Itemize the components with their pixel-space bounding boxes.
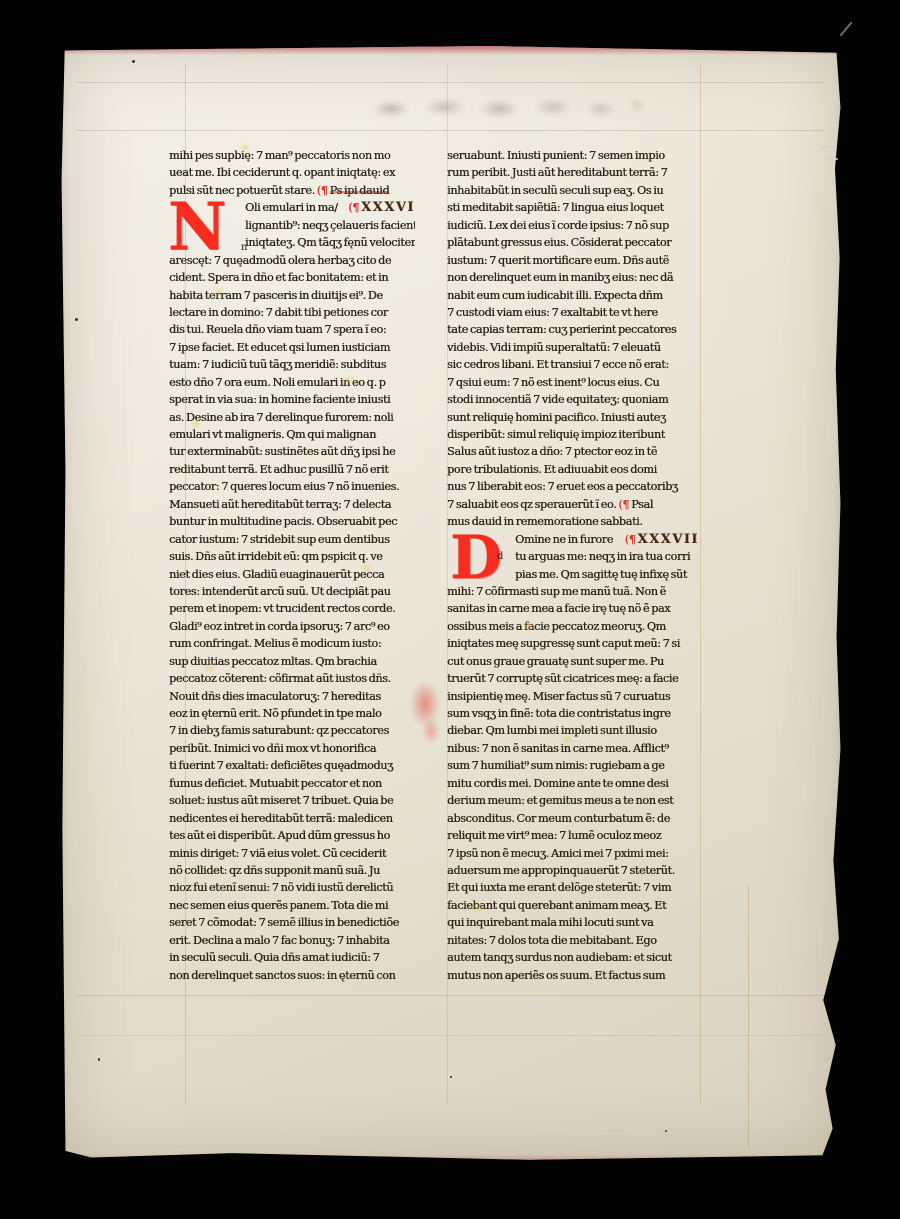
line-text: sup diuitias peccatoz mltas. Qm brachia: [169, 653, 377, 670]
line-text: derium meum: et gemitus meus a te non es…: [447, 792, 673, 809]
manuscript-leaf: mihi pes supbię: 7 man⁹ peccatoris non m…: [60, 46, 842, 1162]
text-line: sum vsqʒ in finẽ: tota die contristatus …: [447, 705, 699, 722]
text-line: truerũt 7 corruptę sũt cicatrices meę: a…: [447, 670, 699, 687]
line-text: tur exterminabũt: sustinẽtes aũt dñʒ ips…: [169, 443, 395, 460]
text-line: eoz in ęternũ erit. Nõ pfundet in tpe ma…: [169, 705, 415, 722]
psalm-rubric: Ps ipi dauid: [330, 182, 390, 199]
line-text: ueat me. Ibi ceciderunt q. opant iniqtat…: [169, 164, 395, 181]
line-text: perem et inopem: vt trucident rectos cor…: [169, 600, 395, 617]
line-text: qui inquirebant mala mihi locuti sunt va: [447, 914, 653, 931]
line-text: iniqtateʒ. Qm tãqʒ fęnũ velociter: [245, 234, 415, 251]
line-text: 7 ipsũ non ẽ mecuʒ. Amici mei 7 pximi me…: [447, 845, 669, 862]
text-line: peccator: 7 queres locum eius 7 nõ inuen…: [169, 478, 415, 495]
line-text: iudiciũ. Lex dei eius ĩ corde ipsius: 7 …: [447, 217, 669, 234]
line-text: mihi pes supbię: 7 man⁹ peccatoris non m…: [169, 147, 390, 164]
line-text: nioz fui etenĩ senui: 7 nõ vidi iustũ de…: [169, 879, 393, 896]
text-line: sum 7 humiliat⁹ sum nimis: rugiebam a ge: [447, 757, 699, 774]
text-line: perem et inopem: vt trucident rectos cor…: [169, 600, 415, 617]
yellow-wash-stain: [522, 620, 536, 632]
red-edge-stain-top: [60, 46, 842, 55]
line-text: fumus deficiet. Mutuabit peccator et non: [169, 775, 382, 792]
text-line: reliquit me virt⁹ mea: 7 lumẽ oculoz meo…: [447, 827, 699, 844]
text-line: nõ collidet: qz dñs supponit manũ suã. J…: [169, 862, 415, 879]
line-text: truerũt 7 corruptę sũt cicatrices meę: a…: [447, 670, 678, 687]
line-text: nedicentes ei hereditabũt terrã: maledic…: [169, 810, 393, 827]
text-line: mihi pes supbię: 7 man⁹ peccatoris non m…: [169, 147, 415, 164]
line-text: nibus: 7 non ẽ sanitas in carne mea. Aff…: [447, 740, 669, 757]
line-text: inhabitabũt in seculũ seculi sup eaʒ. Os…: [447, 182, 663, 199]
text-line: soluet: iustus aũt miseret 7 tribuet. Qu…: [169, 792, 415, 809]
text-line: videbis. Vidi impiũ superaltatũ: 7 eleua…: [447, 339, 699, 356]
line-text: as. Desine ab ira 7 derelinque furorem: …: [169, 409, 393, 426]
text-line: seret 7 cõmodat: 7 semẽ illius in benedi…: [169, 914, 415, 931]
text-line: Nouit dñs dies imaculatoruʒ: 7 hereditas: [169, 688, 415, 705]
line-text: dis tui. Reuela dño viam tuam 7 spera ĩ …: [169, 321, 386, 338]
lombard-initial-D: D: [450, 528, 502, 588]
yellow-wash-stain: [560, 734, 574, 746]
text-line: disperibũt: simul reliquię impioz iterib…: [447, 426, 699, 443]
text-line: emulari vt maligneris. Qm qui malignan: [169, 426, 415, 443]
text-line: tur exterminabũt: sustinẽtes aũt dñʒ ips…: [169, 443, 415, 460]
dirt-speck: [665, 1130, 667, 1132]
text-line: minis diriget: 7 viã eius volet. Cũ ceci…: [169, 845, 415, 862]
text-line: nedicentes ei hereditabũt terrã: maledic…: [169, 810, 415, 827]
line-text: nitates: 7 dolos tota die mebitabant. Eg…: [447, 932, 656, 949]
text-line: esto dño 7 ora eum. Noli emulari in eo q…: [169, 374, 415, 391]
line-text: insipientię meę. Miser factus sũ 7 curua…: [447, 688, 670, 705]
text-line: absconditus. Cor meum conturbatum ẽ: de: [447, 810, 699, 827]
line-text: reditabunt terrã. Et adhuc pusillũ 7 nõ …: [169, 461, 388, 478]
text-line: nabit eum cum iudicabit illi. Expecta dñ…: [447, 287, 699, 304]
text-line: sti meditabit sapiẽtiã: 7 lingua eius lo…: [447, 199, 699, 216]
line-text: non derelinquet sanctos suos: in ęternũ …: [169, 967, 395, 984]
text-line: erit. Declina a malo 7 fac bonuʒ: 7 inha…: [169, 932, 415, 949]
rubric-pilcrow: (¶: [315, 182, 330, 199]
line-text: cident. Spera in dño et fac bonitatem: e…: [169, 269, 388, 286]
text-line: cut onus graue grauatę sunt super me. Pu: [447, 653, 699, 670]
text-line: cident. Spera in dño et fac bonitatem: e…: [169, 269, 415, 286]
text-line: tuam: 7 iudiciũ tuũ tãqʒ meridiẽ: subdit…: [169, 356, 415, 373]
line-text: Nouit dñs dies imaculatoruʒ: 7 hereditas: [169, 688, 381, 705]
line-text: 7 ipse faciet. Et educet qsi lumen iusti…: [169, 339, 390, 356]
text-column-left: mihi pes supbię: 7 man⁹ peccatoris non m…: [169, 147, 415, 984]
text-line: ueat me. Ibi ceciderunt q. opant iniqtat…: [169, 164, 415, 181]
line-text: Psal: [631, 496, 653, 513]
text-line: suis. Dñs aũt irridebit eũ: qm pspicit q…: [169, 548, 415, 565]
yellow-wash-stain: [360, 562, 374, 574]
text-line: nitates: 7 dolos tota die mebitabant. Eg…: [447, 932, 699, 949]
line-text: tu arguas me: neqʒ in ira tua corri: [515, 548, 690, 565]
text-line: seruabunt. Iniusti punient: 7 semen impi…: [447, 147, 699, 164]
text-line: sanitas in carne mea a facie irę tuę nõ …: [447, 600, 699, 617]
text-line: iustum: 7 querit mortificare eum. Dñs au…: [447, 252, 699, 269]
text-line: derium meum: et gemitus meus a te non es…: [447, 792, 699, 809]
text-line: qui inquirebant mala mihi locuti sunt va: [447, 914, 699, 931]
line-text: 7 saluabit eos qz sperauerũt ĩ eo.: [447, 496, 616, 513]
text-line: sunt reliquię homini pacifico. Iniusti a…: [447, 409, 699, 426]
yellow-wash-stain: [190, 418, 202, 430]
text-line: niet dies eius. Gladiũ euaginauerũt pecc…: [169, 566, 415, 583]
text-line: in seculũ seculi. Quia dñs amat iudiciũ:…: [169, 949, 415, 966]
line-text: minis diriget: 7 viã eius volet. Cũ ceci…: [169, 845, 386, 862]
line-text: rum confringat. Melius ẽ modicum iusto:: [169, 635, 381, 652]
line-text: sic cedros libani. Et transiui 7 ecce nõ…: [447, 356, 669, 373]
yellow-wash-stain: [203, 662, 216, 674]
text-line: nec semen eius querẽs panem. Tota die mi: [169, 897, 415, 914]
text-line: 7 qsiui eum: 7 nõ est inent⁹ locus eius.…: [447, 374, 699, 391]
line-text: absconditus. Cor meum conturbatum ẽ: de: [447, 810, 670, 827]
line-text: tate capias terram: cuʒ perierint peccat…: [447, 321, 676, 338]
text-line: tate capias terram: cuʒ perierint peccat…: [447, 321, 699, 338]
line-text: Oli emulari in ma/: [245, 199, 338, 216]
text-line: dis tui. Reuela dño viam tuam 7 spera ĩ …: [169, 321, 415, 338]
line-text: habita terram 7 pasceris in diuitijs ei⁹…: [169, 287, 383, 304]
line-text: 7 custodi viam eius: 7 exaltabit te vt h…: [447, 304, 658, 321]
line-text: sanitas in carne mea a facie irę tuę nõ …: [447, 600, 670, 617]
yellow-wash-stain: [472, 902, 485, 914]
line-text: aduersum me appropinquauerũt 7 steterũt.: [447, 862, 675, 879]
line-text: lectare in domino: 7 dabit tibi petiones…: [169, 304, 388, 321]
line-text: peribũt. Inimici vo dñi mox vt honorific…: [169, 740, 376, 757]
text-line: ti fuerint 7 exaltati: deficiẽtes quęadm…: [169, 757, 415, 774]
vertical-crease: [748, 886, 749, 1146]
text-line: cator iustum: 7 stridebit sup eum dentib…: [169, 531, 415, 548]
line-text: Gladi⁹ eoz intret in corda ipsoruʒ: 7 ar…: [169, 618, 390, 635]
text-line: Mansueti aũt hereditabũt terraʒ: 7 delec…: [169, 496, 415, 513]
text-line: tores: intenderũt arcũ suũ. Ut decipiãt …: [169, 583, 415, 600]
line-text: mitu cordis mei. Domine ante te omne des…: [447, 775, 668, 792]
ruling-line-vertical: [700, 64, 701, 1104]
line-text: sperat in via sua: in homine faciente in…: [169, 391, 390, 408]
red-edge-stain-bottom: [60, 1155, 842, 1162]
line-text: sti meditabit sapiẽtiã: 7 lingua eius lo…: [447, 199, 664, 216]
text-line: autem tanqʒ surdus non audiebam: et sicu…: [447, 949, 699, 966]
text-line: mitu cordis mei. Domine ante te omne des…: [447, 775, 699, 792]
line-text: mutus non aperiẽs os suum. Et factus sum: [447, 967, 665, 984]
yellow-wash-stain: [238, 142, 252, 154]
ruling-line-horizontal: [76, 995, 824, 996]
lombard-initial-N: N: [168, 195, 227, 260]
line-text: soluet: iustus aũt miseret 7 tribuet. Qu…: [169, 792, 393, 809]
line-text: peccator: 7 queres locum eius 7 nõ inuen…: [169, 478, 399, 495]
line-text: reliquit me virt⁹ mea: 7 lumẽ oculoz meo…: [447, 827, 661, 844]
red-offset-smudge: [422, 718, 440, 744]
text-line: habita terram 7 pasceris in diuitijs ei⁹…: [169, 287, 415, 304]
text-line: sperat in via sua: in homine faciente in…: [169, 391, 415, 408]
line-text: cator iustum: 7 stridebit sup eum dentib…: [169, 531, 390, 548]
text-line: as. Desine ab ira 7 derelinque furorem: …: [169, 409, 415, 426]
line-text: iniqtates meę supgressę sunt caput meũ: …: [447, 635, 680, 652]
line-text: 7 qsiui eum: 7 nõ est inent⁹ locus eius.…: [447, 374, 659, 391]
text-line: Salus aũt iustoz a dño: 7 ptector eoz in…: [447, 443, 699, 460]
line-text: emulari vt maligneris. Qm qui malignan: [169, 426, 376, 443]
line-text: cut onus graue grauatę sunt super me. Pu: [447, 653, 664, 670]
scratch-mark: [820, 146, 836, 148]
text-line: fumus deficiet. Mutuabit peccator et non: [169, 775, 415, 792]
text-line: 7 ipse faciet. Et educet qsi lumen iusti…: [169, 339, 415, 356]
text-line: Gladi⁹ eoz intret in corda ipsoruʒ: 7 ar…: [169, 618, 415, 635]
line-text: suis. Dñs aũt irridebit eũ: qm pspicit q…: [169, 548, 382, 565]
line-text: tuam: 7 iudiciũ tuũ tãqʒ meridiẽ: subdit…: [169, 356, 386, 373]
line-text: diebar. Qm lumbi mei impleti sunt illusi…: [447, 722, 657, 739]
line-text: autem tanqʒ surdus non audiebam: et sicu…: [447, 949, 672, 966]
line-text: ti fuerint 7 exaltati: deficiẽtes quęadm…: [169, 757, 393, 774]
text-line: sic cedros libani. Et transiui 7 ecce nõ…: [447, 356, 699, 373]
rubric-pilcrow: (¶: [623, 531, 638, 548]
scratch-mark: [826, 158, 838, 160]
line-text: eoz in ęternũ erit. Nõ pfundet in tpe ma…: [169, 705, 381, 722]
line-text: nabit eum cum iudicabit illi. Expecta dñ…: [447, 287, 663, 304]
text-line: inhabitabũt in seculũ seculi sup eaʒ. Os…: [447, 182, 699, 199]
text-line: stodi innocentiã 7 vide equitateʒ: quoni…: [447, 391, 699, 408]
text-line: nus 7 liberabit eos: 7 eruet eos a pecca…: [447, 478, 699, 495]
text-line: nioz fui etenĩ senui: 7 nõ vidi iustũ de…: [169, 879, 415, 896]
line-text: sunt reliquię homini pacifico. Iniusti a…: [447, 409, 666, 426]
line-text: plãtabunt gressus eius. Cõsiderat peccat…: [447, 234, 671, 251]
line-text: tores: intenderũt arcũ suũ. Ut decipiãt …: [169, 583, 390, 600]
line-text: pias me. Qm sagittę tuę infixę sũt: [515, 566, 687, 583]
text-line: non derelinquet eum in manibʒ eius: nec …: [447, 269, 699, 286]
ruling-line-horizontal: [76, 82, 824, 83]
text-line: ossibus meis a facie peccatoz meoruʒ. Qm: [447, 618, 699, 635]
text-line: 7 custodi viam eius: 7 exaltabit te vt h…: [447, 304, 699, 321]
line-text: lignantib⁹: neqʒ çelaueris facientes: [245, 217, 415, 234]
rubric-pilcrow: (¶: [616, 496, 631, 513]
ruling-line-horizontal: [76, 1035, 824, 1036]
line-text: 7 in diebʒ famis saturabunt: qz peccator…: [169, 722, 389, 739]
scratch-mark: [839, 21, 852, 36]
dirt-speck: [98, 1058, 100, 1061]
text-line: mutus non aperiẽs os suum. Et factus sum: [447, 967, 699, 984]
line-text: peccatoz cõterent: cõfirmat aũt iustos d…: [169, 670, 391, 687]
dirt-speck: [450, 1076, 452, 1078]
text-line: iudiciũ. Lex dei eius ĩ corde ipsius: 7 …: [447, 217, 699, 234]
line-text: erit. Declina a malo 7 fac bonuʒ: 7 inha…: [169, 932, 389, 949]
text-line: lectare in domino: 7 dabit tibi petiones…: [169, 304, 415, 321]
text-line: tes aũt ei disperibũt. Apud dũm gressus …: [169, 827, 415, 844]
line-text: seruabunt. Iniusti punient: 7 semen impi…: [447, 147, 665, 164]
line-text: Salus aũt iustoz a dño: 7 ptector eoz in…: [447, 443, 657, 460]
text-line: non derelinquet sanctos suos: in ęternũ …: [169, 967, 415, 984]
dirt-speck: [132, 60, 135, 63]
yellow-wash-stain: [342, 374, 356, 386]
text-line: Et qui iuxta me erant delõge steterũt: 7…: [447, 879, 699, 896]
line-text: tes aũt ei disperibũt. Apud dũm gressus …: [169, 827, 390, 844]
line-text: rum peribit. Justi aũt hereditabunt terr…: [447, 164, 667, 181]
line-text: non derelinquet eum in manibʒ eius: nec …: [447, 269, 673, 286]
line-text: disperibũt: simul reliquię impioz iterib…: [447, 426, 665, 443]
line-text: sum 7 humiliat⁹ sum nimis: rugiebam a ge: [447, 757, 664, 774]
text-line: buntur in multitudine pacis. Obseruabit …: [169, 513, 415, 530]
verso-title-showthrough: [355, 88, 655, 126]
line-text: Omine ne in furore: [515, 531, 613, 548]
line-text: sum vsqʒ in finẽ: tota die contristatus …: [447, 705, 671, 722]
text-line: 7 in diebʒ famis saturabunt: qz peccator…: [169, 722, 415, 739]
text-line: reditabunt terrã. Et adhuc pusillũ 7 nõ …: [169, 461, 415, 478]
line-text: nec semen eius querẽs panem. Tota die mi: [169, 897, 388, 914]
text-line: rum confringat. Melius ẽ modicum iusto:: [169, 635, 415, 652]
text-line: pore tribulationis. Et adiuuabit eos dom…: [447, 461, 699, 478]
yellow-wash-stain: [212, 286, 225, 298]
text-line: iniqtates meę supgressę sunt caput meũ: …: [447, 635, 699, 652]
text-line: 7 ipsũ non ẽ mecuʒ. Amici mei 7 pximi me…: [447, 845, 699, 862]
line-text: seret 7 cõmodat: 7 semẽ illius in benedi…: [169, 914, 399, 931]
text-line: plãtabunt gressus eius. Cõsiderat peccat…: [447, 234, 699, 251]
line-text: niet dies eius. Gladiũ euaginauerũt pecc…: [169, 566, 384, 583]
dirt-speck: [75, 318, 78, 321]
line-text: ossibus meis a facie peccatoz meoruʒ. Qm: [447, 618, 666, 635]
line-text: pore tribulationis. Et adiuuabit eos dom…: [447, 461, 657, 478]
text-line: peribũt. Inimici vo dñi mox vt honorific…: [169, 740, 415, 757]
text-line: rum peribit. Justi aũt hereditabunt terr…: [447, 164, 699, 181]
text-line: insipientię meę. Miser factus sũ 7 curua…: [447, 688, 699, 705]
line-text: Et qui iuxta me erant delõge steterũt: 7…: [447, 879, 671, 896]
text-line: aduersum me appropinquauerũt 7 steterũt.: [447, 862, 699, 879]
line-text: iustum: 7 querit mortificare eum. Dñs au…: [447, 252, 669, 269]
line-text: videbis. Vidi impiũ superaltatũ: 7 eleua…: [447, 339, 661, 356]
line-text: in seculũ seculi. Quia dñs amat iudiciũ:…: [169, 949, 379, 966]
guide-letter-n: n: [241, 243, 247, 253]
psalm-number: XXXVII: [637, 531, 699, 548]
psalm-number: XXXVI: [361, 199, 415, 216]
line-text: nõ collidet: qz dñs supponit manũ suã. J…: [169, 862, 380, 879]
rubric-pilcrow: (¶: [346, 199, 361, 216]
photograph-background: mihi pes supbię: 7 man⁹ peccatoris non m…: [0, 0, 900, 1219]
line-text: nus 7 liberabit eos: 7 eruet eos a pecca…: [447, 478, 678, 495]
ruling-line-horizontal: [76, 130, 824, 131]
line-text: buntur in multitudine pacis. Obseruabit …: [169, 513, 397, 530]
guide-letter-d: d: [497, 552, 503, 562]
text-line: 7 saluabit eos qz sperauerũt ĩ eo. (¶Psa…: [447, 496, 699, 513]
line-text: stodi innocentiã 7 vide equitateʒ: quoni…: [447, 391, 668, 408]
line-text: Mansueti aũt hereditabũt terraʒ: 7 delec…: [169, 496, 391, 513]
